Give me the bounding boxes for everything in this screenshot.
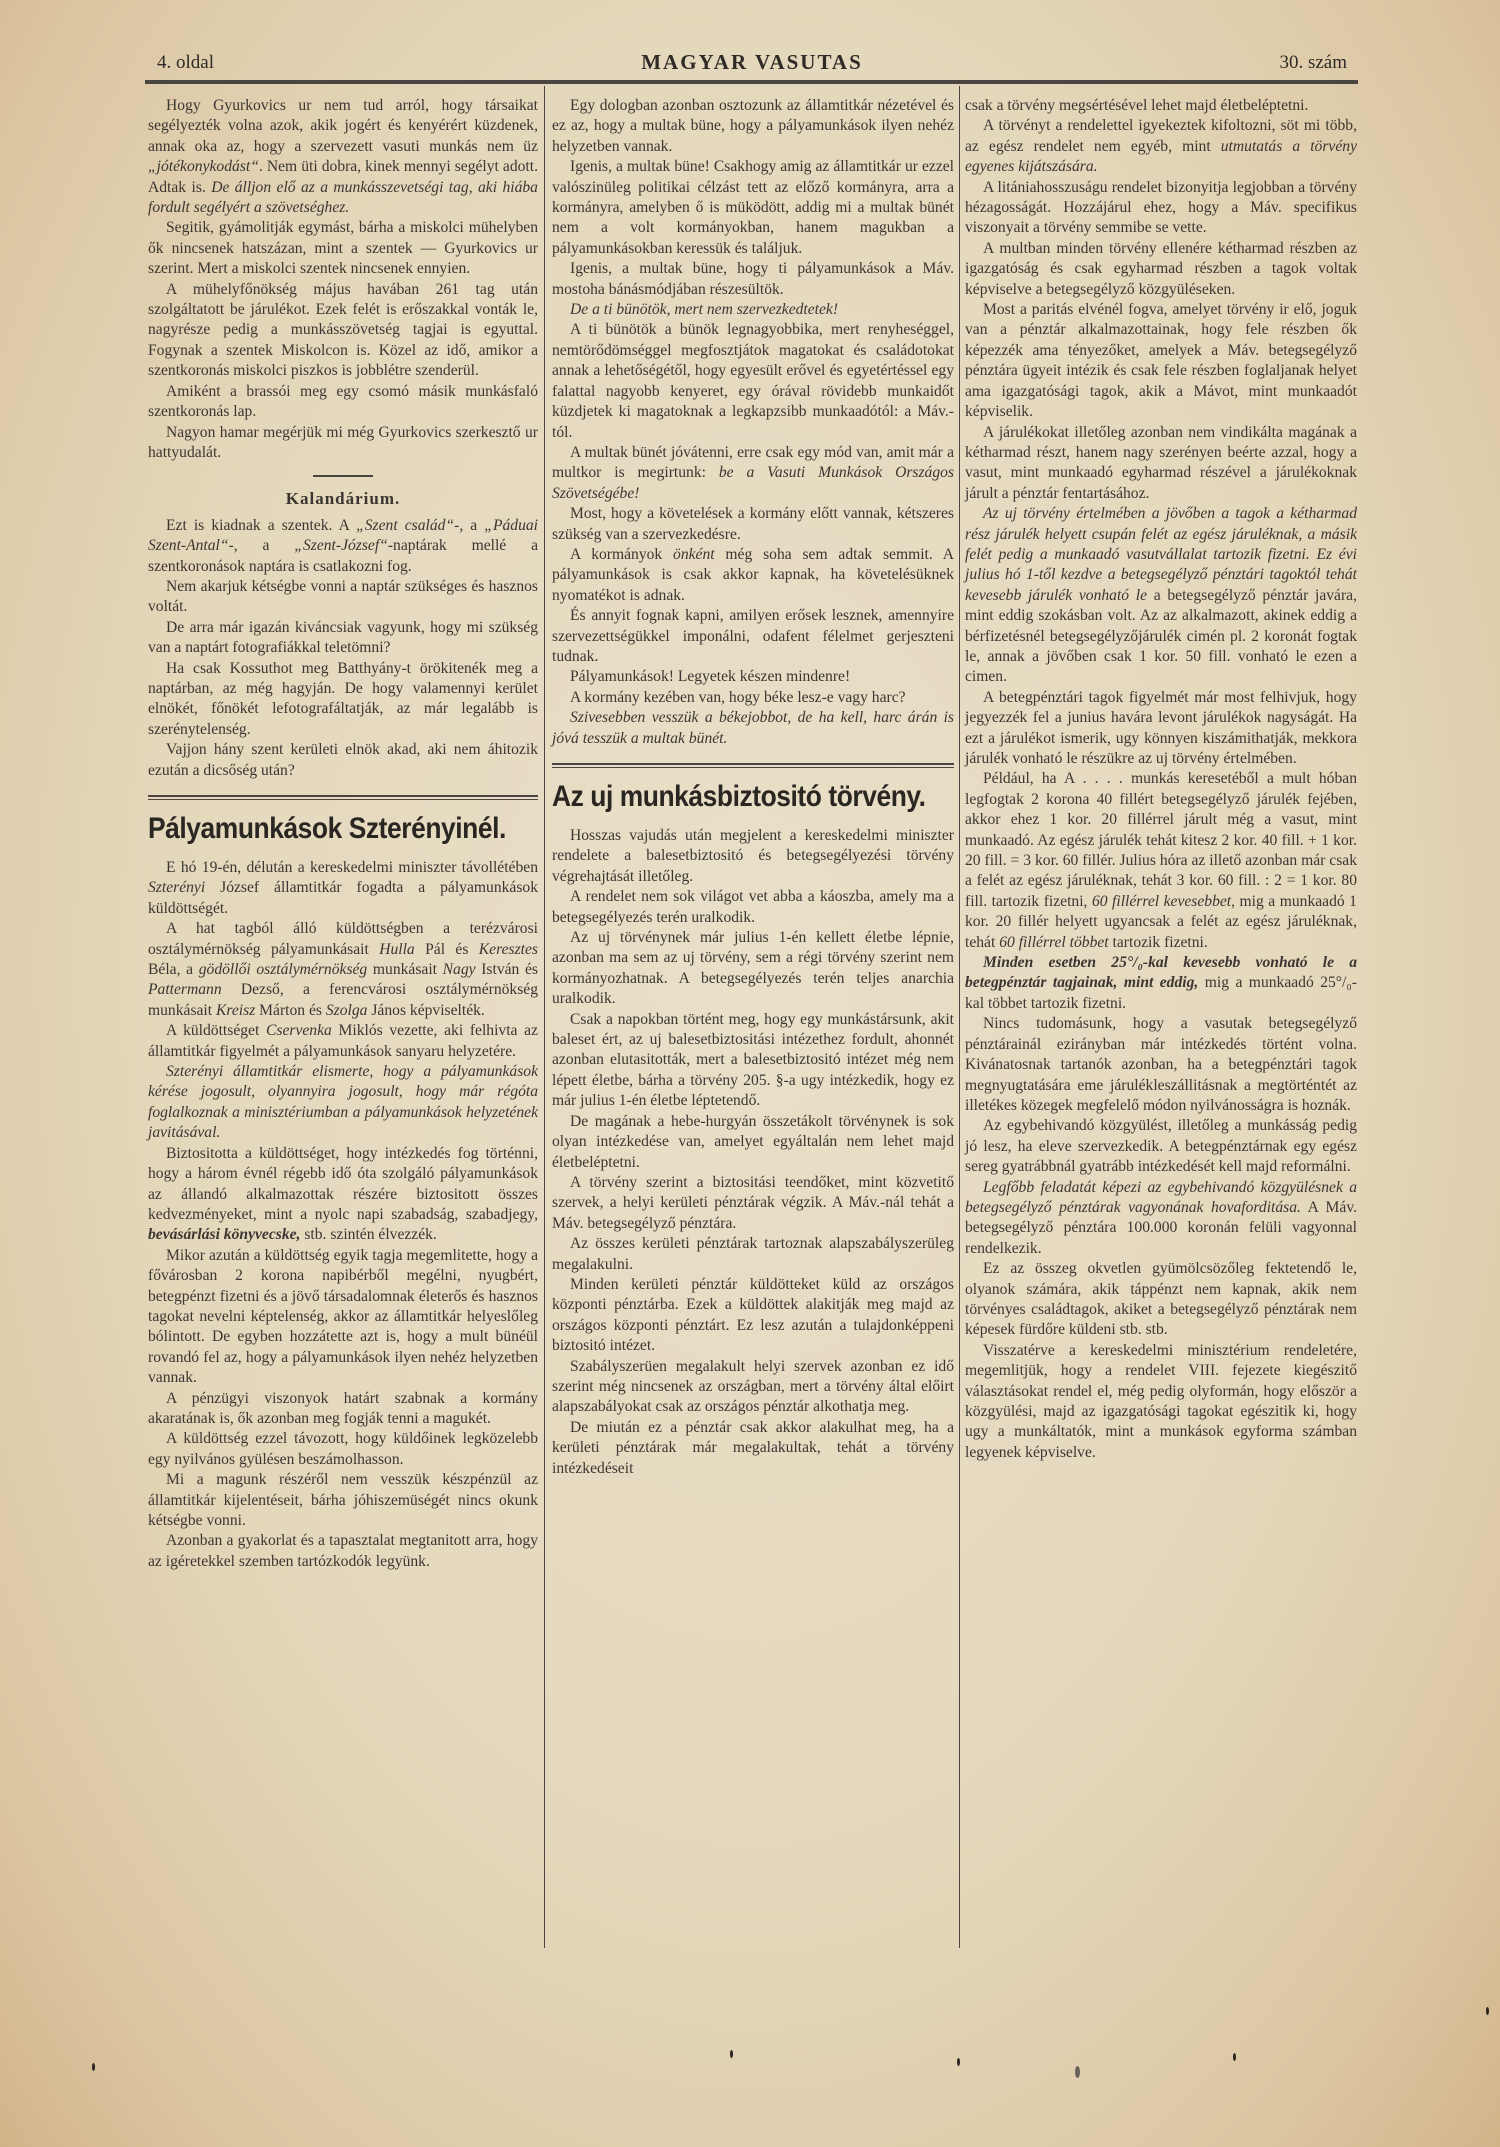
ink-speck — [957, 2058, 960, 2066]
paragraph: Most, hogy a követelések a kormány előtt… — [552, 504, 954, 545]
paragraph: Hosszas vajudás után megjelent a kereske… — [552, 826, 954, 887]
issue-number: 30. szám — [1279, 52, 1347, 74]
ink-speck — [1075, 2066, 1080, 2078]
paragraph: De a ti bünötök, mert nem szervezkedtete… — [552, 300, 954, 320]
header-rule — [145, 80, 1358, 84]
paragraph: Ezt is kiadnak a szentek. A „Szent csalá… — [148, 516, 538, 577]
paragraph: De arra már igazán kiváncsiak vagyunk, h… — [148, 618, 538, 659]
page-header: 4. oldal MAGYAR VASUTAS 30. szám — [147, 52, 1357, 78]
paragraph: A kormány kezében van, hogy béke lesz-e … — [552, 688, 954, 708]
paragraph: Ez az összeg okvetlen gyümölcsözőleg fek… — [965, 1259, 1357, 1341]
paragraph: A kormányok önként még soha sem adtak se… — [552, 545, 954, 606]
newspaper-page: 4. oldal MAGYAR VASUTAS 30. szám Hogy Gy… — [0, 0, 1500, 2147]
article-title-munkasbiztosito: Az uj munkásbiztositó törvény. — [552, 778, 906, 816]
paragraph: Nincs tudomásunk, hogy a vasutak betegse… — [965, 1014, 1357, 1116]
paragraph: A törvény szerint a biztositási teendőke… — [552, 1173, 954, 1234]
paragraph: Ha csak Kossuthot meg Batthyány-t örökit… — [148, 659, 538, 741]
section-divider — [313, 475, 373, 477]
paragraph: A küldöttség ezzel távozott, hogy küldői… — [148, 1429, 538, 1470]
paragraph: A rendelet nem sok világot vet abba a ká… — [552, 887, 954, 928]
paragraph: A hat tagból álló küldöttségben a terézv… — [148, 919, 538, 1021]
ink-speck — [1233, 2053, 1236, 2061]
paragraph: De miután ez a pénztár csak akkor alakul… — [552, 1418, 954, 1479]
column-2: Egy dologban azonban osztozunk az államt… — [552, 96, 954, 1479]
paragraph: Mikor azután a küldöttség egyik tagja me… — [148, 1246, 538, 1389]
masthead-title: MAGYAR VASUTAS — [147, 50, 1357, 75]
paragraph: Az összes kerületi pénztárak tartoznak a… — [552, 1234, 954, 1275]
paragraph: A törvényt a rendelettel igyekeztek kifo… — [965, 116, 1357, 177]
paragraph: Minden kerületi pénztár küldötteket küld… — [552, 1275, 954, 1357]
paragraph: Most a paritás elvénél fogva, amelyet tö… — [965, 300, 1357, 422]
paragraph: Például, ha A . . . . munkás keresetéből… — [965, 769, 1357, 953]
ink-speck — [730, 2050, 733, 2058]
paragraph: És annyit fognak kapni, amilyen erősek l… — [552, 606, 954, 667]
paragraph: Az uj törvénynek már julius 1-én kellett… — [552, 928, 954, 1010]
paragraph: Vajjon hány szent kerületi elnök akad, a… — [148, 740, 538, 781]
paragraph: Az egybehivandó közgyülést, illetőleg a … — [965, 1116, 1357, 1177]
paragraph: csak a törvény megsértésével lehet majd … — [965, 96, 1357, 116]
column-3: csak a törvény megsértésével lehet majd … — [965, 96, 1357, 1463]
column-1: Hogy Gyurkovics ur nem tud arról, hogy t… — [148, 96, 538, 1572]
paragraph: A mühelyfőnökség május havában 261 tag u… — [148, 280, 538, 382]
paragraph: Biztositotta a küldöttséget, hogy intézk… — [148, 1144, 538, 1246]
paragraph: Szivesebben vesszük a békejobbot, de ha … — [552, 708, 954, 749]
paragraph: Azonban a gyakorlat és a tapasztalat meg… — [148, 1531, 538, 1572]
column-divider-1 — [544, 86, 545, 1948]
paragraph: Szterényi államtitkár elismerte, hogy a … — [148, 1062, 538, 1144]
paragraph: Minden esetben 25°/₀-kal kevesebb vonhat… — [965, 953, 1357, 1014]
paragraph: Nagyon hamar megérjük mi még Gyurkovics … — [148, 423, 538, 464]
article-title-kalandarium: Kalandárium. — [148, 489, 538, 509]
paragraph: A betegpénztári tagok figyelmét már most… — [965, 688, 1357, 770]
paragraph: A járulékokat illetőleg azonban nem vind… — [965, 423, 1357, 505]
paragraph: Legfőbb feladatát képezi az egybehivandó… — [965, 1178, 1357, 1260]
paragraph: E hó 19-én, délután a kereskedelmi minis… — [148, 858, 538, 919]
paragraph: Csak a napokban történt meg, hogy egy mu… — [552, 1010, 954, 1112]
paragraph: Egy dologban azonban osztozunk az államt… — [552, 96, 954, 157]
section-double-rule — [148, 795, 538, 800]
paragraph: A küldöttséget Cservenka Miklós vezette,… — [148, 1021, 538, 1062]
paragraph: A litániahosszuságu rendelet bizonyitja … — [965, 178, 1357, 239]
section-double-rule — [552, 763, 954, 768]
paragraph: Nem akarjuk kétségbe vonni a naptár szük… — [148, 577, 538, 618]
paragraph: De magának a hebe-hurgyán összetákolt tö… — [552, 1112, 954, 1173]
paragraph: Igenis, a multak büne! Csakhogy amig az … — [552, 157, 954, 259]
paragraph: Amiként a brassói meg egy csomó másik mu… — [148, 382, 538, 423]
ink-speck — [92, 2063, 95, 2071]
paragraph: A multban minden törvény ellenére kéthar… — [965, 239, 1357, 300]
article-title-palyamunkasok: Pályamunkások Szterényinél. — [148, 810, 491, 848]
paragraph: A ti bünötök a bünök legnagyobbika, mert… — [552, 320, 954, 442]
ink-speck — [1486, 2007, 1489, 2015]
paragraph: Szabályszerüen megalakult helyi szervek … — [552, 1357, 954, 1418]
paragraph: Segitik, gyámolitják egymást, bárha a mi… — [148, 218, 538, 279]
paragraph: Hogy Gyurkovics ur nem tud arról, hogy t… — [148, 96, 538, 218]
paragraph: Mi a magunk részéről nem vesszük készpén… — [148, 1470, 538, 1531]
paragraph: Pályamunkások! Legyetek készen mindenre! — [552, 667, 954, 687]
paragraph: A pénzügyi viszonyok határt szabnak a ko… — [148, 1389, 538, 1430]
paragraph: Az uj törvény értelmében a jövőben a tag… — [965, 504, 1357, 688]
paragraph: A multak bünét jóvátenni, erre csak egy … — [552, 443, 954, 504]
column-divider-2 — [959, 86, 960, 1948]
paragraph: Visszatérve a kereskedelmi minisztérium … — [965, 1341, 1357, 1463]
paragraph: Igenis, a multak büne, hogy ti pályamunk… — [552, 259, 954, 300]
